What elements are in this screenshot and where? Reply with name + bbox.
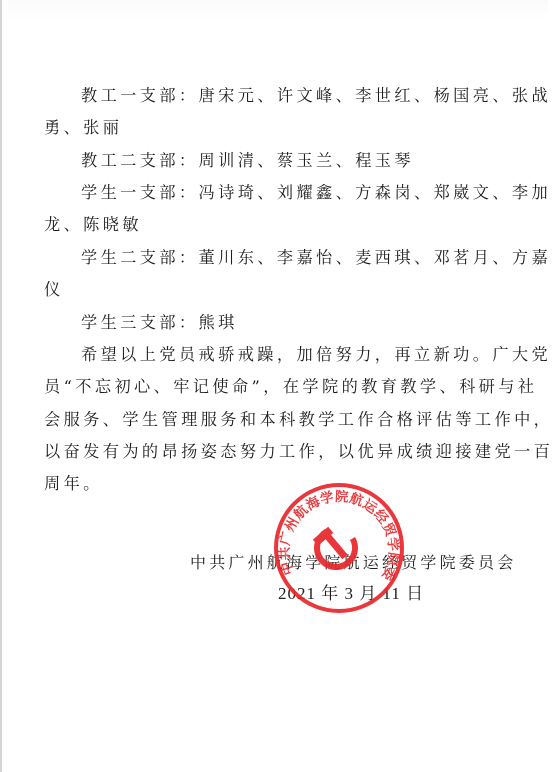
previous-page-bleed (8, 0, 548, 20)
branch-line-student-2: 学生二支部：董川东、李嘉怡、麦西琪、邓茗月、方嘉 (81, 248, 551, 268)
hammer-sickle-icon (313, 527, 358, 570)
official-seal: 中共广州航海学院航运经贸学院委员会 (272, 481, 406, 615)
closing-paragraph-line-4: 以奋发有为的昂扬姿态努力工作，以优异成绩迎接建党一百 (44, 442, 553, 462)
seal-stamp-icon: 中共广州航海学院航运经贸学院委员会 (272, 481, 406, 615)
branch-line-student-1-cont: 龙、陈晓敏 (44, 215, 142, 235)
page-edge (0, 0, 2, 772)
branch-line-student-1: 学生一支部：冯诗琦、刘耀鑫、方森岗、郑崴文、李加 (81, 183, 551, 203)
branch-line-faculty-1-cont: 勇、张丽 (44, 118, 122, 138)
branch-line-faculty-1: 教工一支部：唐宋元、许文峰、李世红、杨国亮、张战 (81, 86, 551, 106)
branch-line-faculty-2: 教工二支部：周训清、蔡玉兰、程玉琴 (81, 151, 414, 171)
branch-line-student-3: 学生三支部：熊琪 (81, 313, 238, 333)
closing-paragraph-line-3: 会服务、学生管理服务和本科教学工作合格评估等工作中， (44, 410, 553, 430)
closing-paragraph-line-2: 员“不忘初心、牢记使命”，在学院的教育教学、科研与社 (44, 377, 537, 397)
closing-paragraph-line-5: 周年。 (44, 474, 103, 494)
closing-paragraph-line-1: 希望以上党员戒骄戒躁，加倍努力，再立新功。广大党 (81, 345, 551, 365)
branch-line-student-2-cont: 仪 (44, 280, 64, 300)
